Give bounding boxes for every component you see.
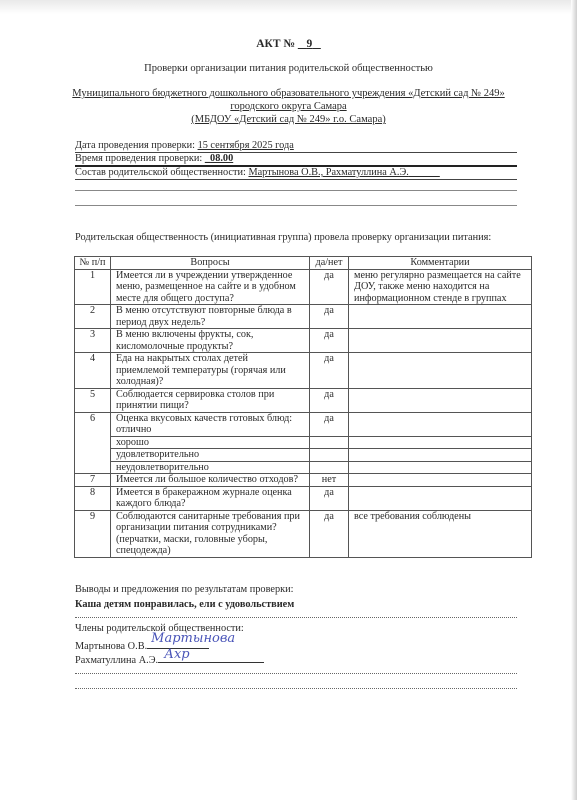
conclusions-text: Каша детям понравилась, ели с удовольств… [75, 599, 294, 610]
signature-line: Ахр [158, 651, 264, 663]
row-num: 8 [75, 486, 111, 510]
time-value: _08.00 [205, 153, 233, 164]
org-line-2: городского округа Самара [230, 101, 346, 112]
row-comment: меню регулярно размещается на сайте ДОУ,… [349, 269, 532, 305]
members-value: Мартынова О.В., Рахматуллина А.Э.__ _ __ [248, 167, 439, 178]
dotted-line-3 [75, 688, 517, 689]
table-row: 7 Имеется ли большое количество отходов?… [75, 474, 532, 487]
row-num: 7 [75, 474, 111, 487]
dotted-line-1 [75, 617, 517, 618]
table-row: 8 Имеется в бракеражном журнале оценка к… [75, 486, 532, 510]
table-row: 4 Еда на накрытых столах детей приемлемо… [75, 353, 532, 389]
handwritten-signature: Ахр [164, 647, 190, 662]
subrow-answer [310, 449, 349, 462]
org-line-1: Муниципального бюджетного дошкольного об… [72, 88, 504, 99]
row-answer: да [310, 353, 349, 389]
table-row: 5 Соблюдается сервировка столов при прин… [75, 388, 532, 412]
member-name: Рахматуллина А.Э. [75, 655, 158, 666]
scan-top-shade [0, 0, 577, 14]
row-answer: да [310, 412, 349, 436]
row-num: 1 [75, 269, 111, 305]
table-subrow: неудовлетворительно [75, 461, 532, 474]
table-row: 3 В меню включены фрукты, сок, кисломоло… [75, 329, 532, 353]
table-subrow: удовлетворительно [75, 449, 532, 462]
date-label: Дата проведения проверки: [75, 140, 195, 151]
row-comment [349, 305, 532, 329]
handwritten-signature: Мартынова [151, 631, 235, 646]
row-question: Оценка вкусовых качеств готовых блюд: от… [111, 412, 310, 436]
blank-line-2 [75, 205, 517, 206]
row-comment [349, 412, 532, 436]
inspection-table: № п/п Вопросы да/нет Комментарии 1 Имеет… [74, 256, 532, 558]
row-answer: да [310, 329, 349, 353]
inspection-time-field: Время проведения проверки: _08.00 [75, 153, 517, 167]
act-label: АКТ № [256, 38, 295, 50]
header-comments: Комментарии [349, 257, 532, 270]
row-question: Еда на накрытых столах детей приемлемой … [111, 353, 310, 389]
table-row: 2 В меню отсутствуют повторные блюда в п… [75, 305, 532, 329]
table-row: 9 Соблюдаются санитарные требования при … [75, 510, 532, 557]
act-subtitle: Проверки организации питания родительско… [0, 63, 577, 74]
subrow-comment [349, 436, 532, 449]
subrow-answer [310, 461, 349, 474]
row-comment [349, 353, 532, 389]
table-row: 6 Оценка вкусовых качеств готовых блюд: … [75, 412, 532, 436]
row-question: Соблюдаются санитарные требования при ор… [111, 510, 310, 557]
intro-text: Родительская общественность (инициативна… [75, 232, 491, 243]
header-answer: да/нет [310, 257, 349, 270]
member-signature-row: Рахматуллина А.Э.Ахр [75, 651, 264, 666]
row-num: 5 [75, 388, 111, 412]
members-composition-field: Состав родительской общественности: Март… [75, 167, 517, 180]
row-question: Имеется в бракеражном журнале оценка каж… [111, 486, 310, 510]
conclusions-label: Выводы и предложения по результатам пров… [75, 584, 293, 595]
row-question: В меню отсутствуют повторные блюда в пер… [111, 305, 310, 329]
row-comment [349, 329, 532, 353]
row-comment [349, 474, 532, 487]
subrow-comment [349, 449, 532, 462]
row-num: 2 [75, 305, 111, 329]
table-header-row: № п/п Вопросы да/нет Комментарии [75, 257, 532, 270]
subrow-label: неудовлетворительно [111, 461, 310, 474]
header-num: № п/п [75, 257, 111, 270]
date-value: 15 сентября 2025 года [198, 140, 294, 151]
row-answer: да [310, 486, 349, 510]
row-answer: да [310, 510, 349, 557]
row-answer: да [310, 305, 349, 329]
table-row: 1 Имеется ли в учреждении утвержденное м… [75, 269, 532, 305]
time-label: Время проведения проверки: [75, 153, 202, 164]
act-title: АКТ № 9 [0, 38, 577, 50]
row-answer: нет [310, 474, 349, 487]
members-label: Состав родительской общественности: [75, 167, 246, 178]
org-line-3: (МБДОУ «Детский сад № 249» г.о. Самара) [191, 114, 385, 125]
row-comment [349, 388, 532, 412]
subrow-comment [349, 461, 532, 474]
row-answer: да [310, 269, 349, 305]
row-num: 6 [75, 412, 111, 474]
table-subrow: хорошо [75, 436, 532, 449]
row-question: Имеется ли большое количество отходов? [111, 474, 310, 487]
organization-name: Муниципального бюджетного дошкольного об… [0, 87, 577, 126]
row-answer: да [310, 388, 349, 412]
row-comment [349, 486, 532, 510]
row-question: В меню включены фрукты, сок, кисломолочн… [111, 329, 310, 353]
blank-line-1 [75, 190, 517, 191]
row-question: Имеется ли в учреждении утвержденное мен… [111, 269, 310, 305]
row-num: 3 [75, 329, 111, 353]
subrow-label: удовлетворительно [111, 449, 310, 462]
row-question: Соблюдается сервировка столов при принят… [111, 388, 310, 412]
subrow-label: хорошо [111, 436, 310, 449]
row-num: 4 [75, 353, 111, 389]
row-comment: все требования соблюдены [349, 510, 532, 557]
inspection-date-field: Дата проведения проверки: 15 сентября 20… [75, 140, 517, 153]
header-questions: Вопросы [111, 257, 310, 270]
dotted-line-2 [75, 673, 517, 674]
subrow-answer [310, 436, 349, 449]
row-num: 9 [75, 510, 111, 557]
act-number: 9 [298, 38, 321, 50]
